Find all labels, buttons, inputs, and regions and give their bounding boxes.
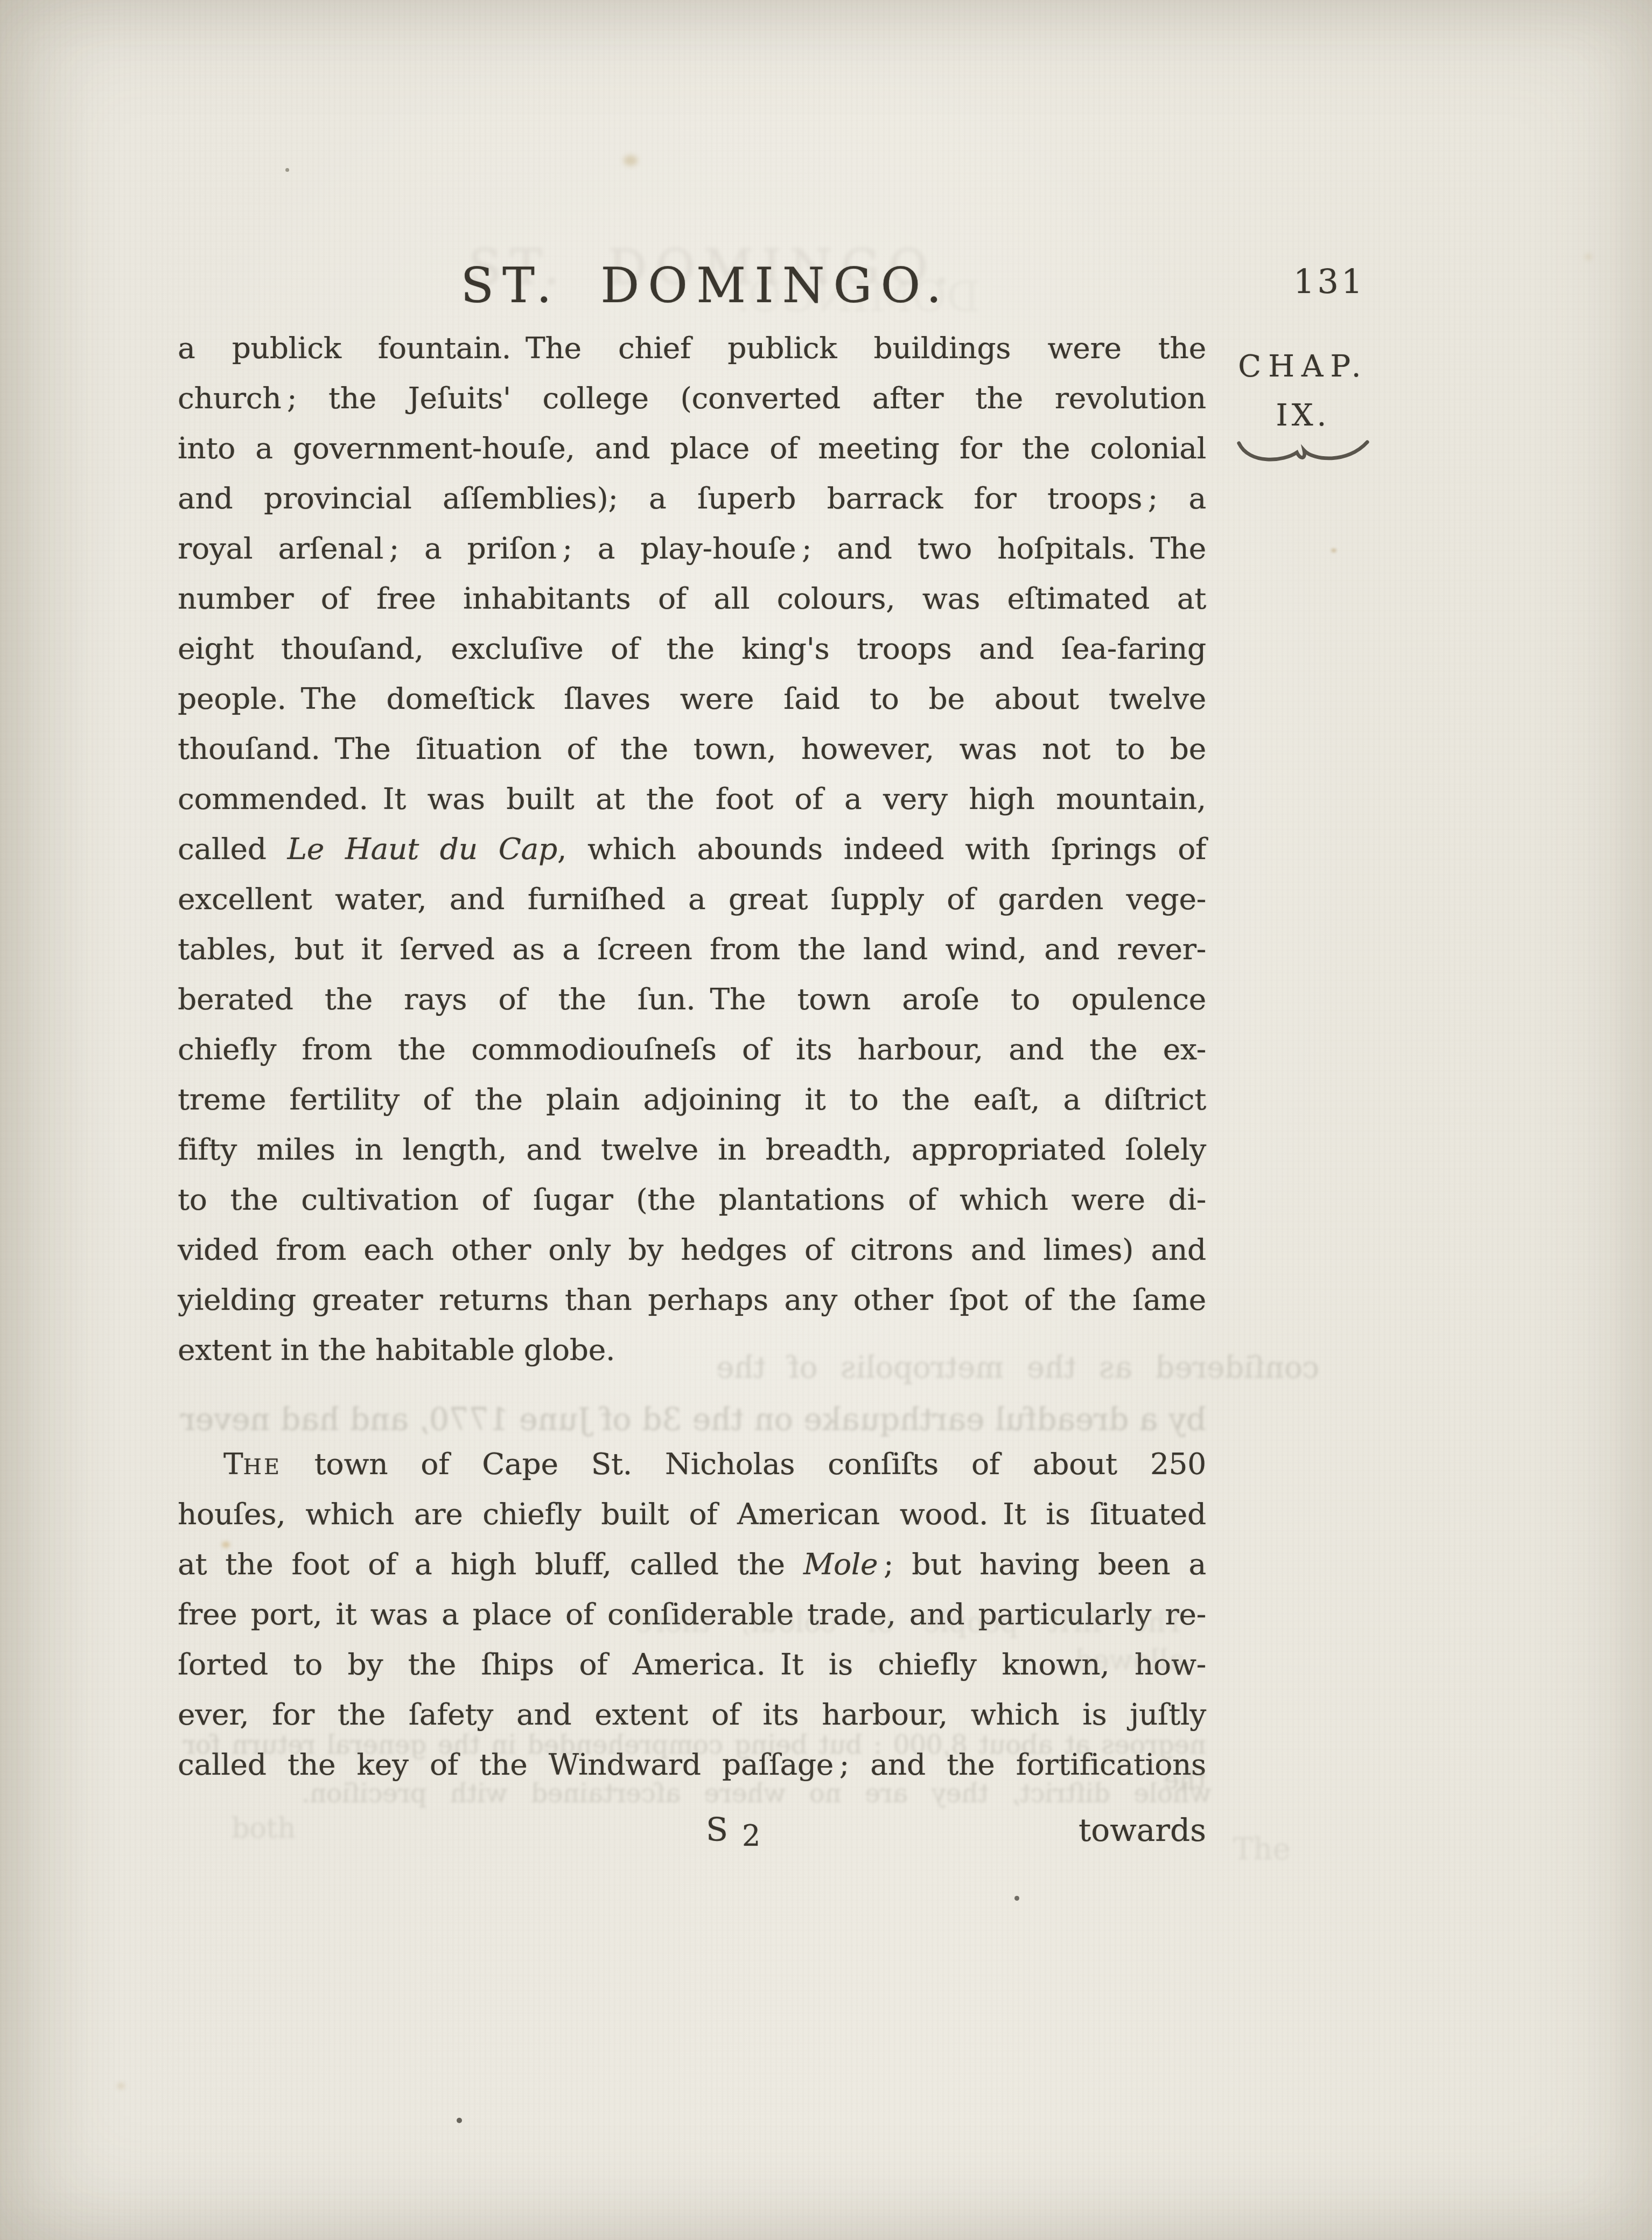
text-run: berated the rays of the ſun. The town ar… [178, 982, 1206, 1016]
text-run: called the key of the Windward paſſage ;… [178, 1747, 1206, 1782]
chapter-number: IX. [1228, 398, 1378, 433]
text-line: to the cultivation of ſugar (the plantat… [178, 1175, 1206, 1225]
text-line: ſorted to by the ſhips of America. It is… [178, 1639, 1206, 1690]
text-line: tables, but it ſerved as a ſcreen from t… [178, 924, 1206, 974]
text-line: treme fertility of the plain adjoining i… [178, 1074, 1206, 1125]
text-line: church ; the Jeſuits' college (converted… [178, 373, 1206, 423]
text-line: people. The domeſtick ſlaves were ſaid t… [178, 674, 1206, 724]
chapter-brace-flourish-icon [1236, 438, 1370, 466]
text-run: town of Cape St. Nicholas conſiſts of ab… [282, 1447, 1206, 1481]
text-run: eight thouſand, excluſive of the king's … [178, 631, 1206, 666]
ink-speck [285, 168, 289, 172]
text-line: into a government-houſe, and place of me… [178, 423, 1206, 473]
bleed-through-text: both [232, 1810, 328, 1847]
signature-number: 2 [742, 1811, 760, 1861]
text-run: , which abounds indeed with ſprings of [557, 832, 1206, 866]
text-run: royal arſenal ; a priſon ; a play-houſe … [178, 531, 1206, 566]
text-run: tables, but it ſerved as a ſcreen from t… [178, 932, 1206, 966]
bleed-through-text: The [1233, 1829, 1325, 1870]
text-run: vided from each other only by hedges of … [178, 1232, 1206, 1267]
foxing-spot [624, 155, 638, 166]
text-line: at the foot of a high bluff, called the … [178, 1539, 1206, 1589]
catchword: towards [991, 1805, 1206, 1855]
text-run: T [223, 1447, 243, 1481]
text-run: into a government-houſe, and place of me… [178, 431, 1206, 465]
text-line: THE town of Cape St. Nicholas conſiſts o… [178, 1439, 1206, 1489]
text-run: fifty miles in length, and twelve in bre… [178, 1132, 1206, 1167]
text-run: treme fertility of the plain adjoining i… [178, 1082, 1206, 1116]
italic-phrase: Mole [803, 1547, 878, 1581]
signature-letter: S [706, 1811, 728, 1849]
bleed-through-text: by a dreadful earthquake on the 3d of Ju… [180, 1398, 1206, 1440]
text-line: vided from each other only by hedges of … [178, 1225, 1206, 1275]
ink-speck [1014, 1896, 1019, 1901]
text-line: number of free inhabitants of all colour… [178, 574, 1206, 624]
text-line: called Le Haut du Cap, which abounds ind… [178, 824, 1206, 874]
small-caps-text: HE [243, 1455, 281, 1480]
text-run: number of free inhabitants of all colour… [178, 581, 1206, 616]
chapter-label: CHAP. [1228, 349, 1378, 384]
text-run: called [178, 832, 288, 866]
text-run: ; but having been a [878, 1547, 1206, 1581]
text-run: to the cultivation of ſugar (the plantat… [178, 1182, 1206, 1217]
text-run: excellent water, and furniſhed a great ſ… [178, 882, 1206, 916]
text-run: yielding greater returns than perhaps an… [178, 1282, 1206, 1317]
ink-speck [457, 2118, 462, 2123]
text-run: ever, for the ſafety and extent of its h… [178, 1697, 1206, 1732]
text-line: berated the rays of the ſun. The town ar… [178, 974, 1206, 1024]
running-title: ST. DOMINGO. [194, 257, 1217, 314]
text-line: a publick fountain. The chief publick bu… [178, 323, 1206, 373]
foxing-spot [117, 2083, 124, 2089]
text-run: a publick fountain. The chief publick bu… [178, 331, 1206, 365]
text-line: fifty miles in length, and twelve in bre… [178, 1125, 1206, 1175]
text-run: commended. It was built at the foot of a… [178, 781, 1206, 816]
text-line: royal arſenal ; a priſon ; a play-houſe … [178, 524, 1206, 574]
text-line: commended. It was built at the foot of a… [178, 774, 1206, 824]
text-line: thouſand. The ſituation of the town, how… [178, 724, 1206, 774]
text-run: thouſand. The ſituation of the town, how… [178, 731, 1206, 766]
body-paragraph-1: a publick fountain. The chief publick bu… [178, 323, 1206, 1375]
text-line: excellent water, and furniſhed a great ſ… [178, 874, 1206, 924]
text-line: extent in the habitable globe. [178, 1325, 1206, 1375]
page-number: 131 [1293, 262, 1365, 301]
text-line: ever, for the ſafety and extent of its h… [178, 1690, 1206, 1740]
text-run: free port, it was a place of conſiderabl… [178, 1597, 1206, 1631]
foxing-spot [1331, 548, 1336, 553]
text-line: called the key of the Windward paſſage ;… [178, 1740, 1206, 1790]
text-run: extent in the habitable globe. [178, 1332, 615, 1367]
text-line: and provincial aſſemblies); a ſuperb bar… [178, 473, 1206, 524]
book-page-scan: ST. DOMINGO. 131 CHAP. IX. a publick fou… [0, 0, 1652, 2240]
text-run: chiefly from the commodiouſneſs of its h… [178, 1032, 1206, 1066]
text-run: houſes, which are chiefly built of Ameri… [178, 1497, 1206, 1531]
text-run: church ; the Jeſuits' college (converted… [178, 381, 1206, 415]
text-run: ſorted to by the ſhips of America. It is… [178, 1647, 1206, 1681]
text-line: free port, it was a place of conſiderabl… [178, 1589, 1206, 1639]
italic-phrase: Le Haut du Cap [288, 832, 557, 866]
body-paragraph-2: THE town of Cape St. Nicholas conſiſts o… [178, 1439, 1206, 1790]
text-line: chiefly from the commodiouſneſs of its h… [178, 1024, 1206, 1074]
text-line: eight thouſand, excluſive of the king's … [178, 624, 1206, 674]
foxing-spot [1585, 254, 1592, 260]
text-run: and provincial aſſemblies); a ſuperb bar… [178, 481, 1206, 515]
text-line: houſes, which are chiefly built of Ameri… [178, 1489, 1206, 1539]
text-line: yielding greater returns than perhaps an… [178, 1275, 1206, 1325]
text-run: at the foot of a high bluff, called the [178, 1547, 803, 1581]
chapter-side-note: CHAP. IX. [1228, 349, 1378, 466]
text-run: people. The domeſtick ſlaves were ſaid t… [178, 681, 1206, 716]
signature-mark: S2 [706, 1805, 760, 1856]
